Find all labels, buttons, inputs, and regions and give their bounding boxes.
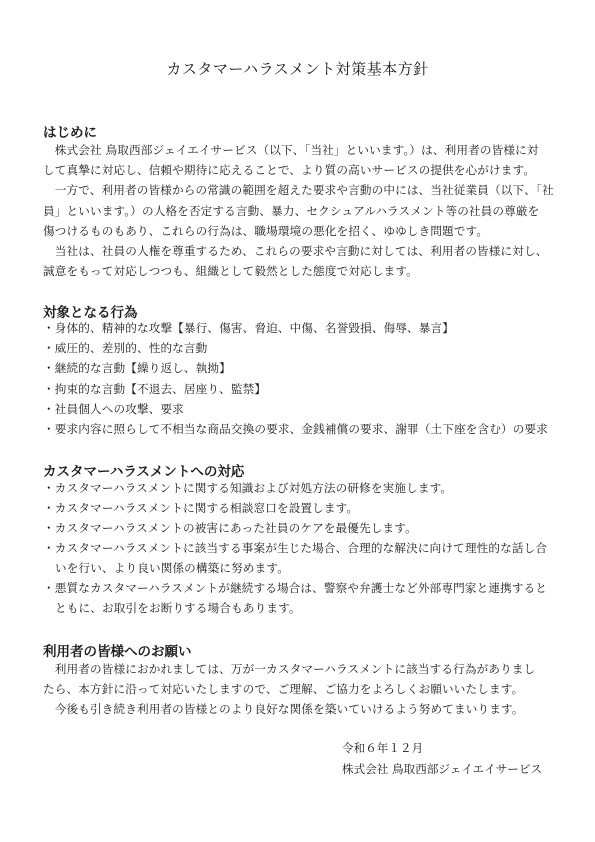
request-line: 今後も引き続き利用者の皆様とのより良好な関係を築いていけるよう努めてまいります。	[43, 702, 524, 716]
signature-company: 株式会社 鳥取西部ジェイエイサービス	[342, 761, 542, 777]
response-item: ・カスタマーハラスメントに関する知識および対処方法の研修を実施します。	[43, 481, 452, 495]
section-heading-targets: 対象となる行為	[43, 301, 138, 321]
target-item: ・継続的な言動【繰り返し、執拗】	[43, 361, 231, 375]
response-item: ・カスタマーハラスメントに該当する事案が生じた場合、合理的な解決に向けて理性的な…	[43, 541, 547, 555]
target-item: ・要求内容に照らして不相当な商品交換の要求、金銭補償の要求、謝罪（土下座を含む）…	[43, 422, 548, 436]
response-item: ・カスタマーハラスメントに関する相談窓口を設置します。	[43, 501, 358, 515]
target-item: ・社員個人への攻撃、要求	[43, 402, 184, 416]
section-heading-intro: はじめに	[43, 121, 97, 141]
intro-line: 傷つけるものもあり、これらの行為は、職場環境の悪化を招く、ゆゆしき問題です。	[43, 224, 488, 238]
intro-line: 員」といいます。）の人格を否定する言動、暴力、セクシュアルハラスメント等の社員の…	[43, 204, 539, 218]
signature-date: 令和６年１２月	[342, 740, 423, 756]
response-item: ・カスタマーハラスメントの被害にあった社員のケアを最優先します。	[43, 521, 417, 535]
request-line: たら、本方針に沿って対応いたしますので、ご理解、ご協力をよろしくお願いいたします…	[43, 682, 523, 696]
intro-line: 株式会社 鳥取西部ジェイエイサービス（以下、「当社」といいます。）は、利用者の皆…	[43, 143, 539, 157]
intro-line: 当社は、社員の人権を尊重するため、これらの要求や言動に対しては、利用者の皆様に対…	[43, 244, 548, 258]
document-title: カスタマーハラスメント対策基本方針	[0, 58, 595, 79]
intro-line: して真摯に対応し、信頼や期待に応えることで、より質の高いサービスの提供を心がけま…	[43, 163, 535, 177]
target-item: ・身体的、精神的な攻撃【暴行、傷害、脅迫、中傷、名誉毀損、侮辱、暴言】	[43, 321, 454, 335]
target-item: ・威圧的、差別的、性的な言動	[43, 341, 207, 355]
response-item: ・悪質なカスタマーハラスメントが継続する場合は、警察や弁護士など外部専門家と連携…	[43, 581, 547, 595]
intro-line: 誠意をもって対応しつつも、組織として毅然とした態度で対応します。	[43, 264, 418, 278]
section-heading-request: 利用者の皆様へのお願い	[43, 640, 192, 660]
response-item-continuation: ともに、お取引をお断りする場合もあります。	[55, 601, 301, 615]
intro-line: 一方で、利用者の皆様からの常識の範囲を超えた要求や言動の中には、当社従業員（以下…	[43, 183, 554, 197]
section-heading-response: カスタマーハラスメントへの対応	[43, 460, 244, 480]
response-item-continuation: いを行い、より良い関係の構築に努めます。	[55, 561, 289, 575]
target-item: ・拘束的な言動【不退去、居座り、監禁】	[43, 382, 266, 396]
request-line: 利用者の皆様におかれましては、万が一カスタマーハラスメントに該当する行為がありま…	[43, 662, 535, 676]
